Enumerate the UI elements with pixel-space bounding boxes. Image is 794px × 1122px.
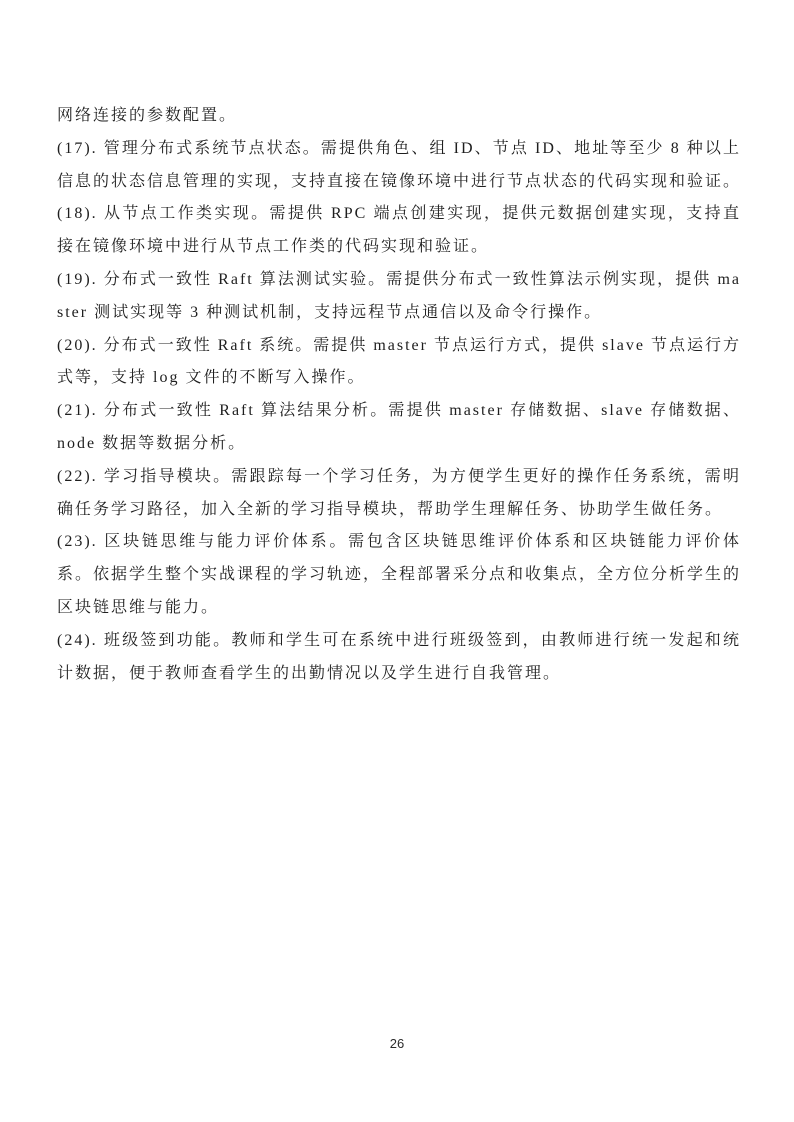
paragraph-item-20: (20). 分布式一致性 Raft 系统。需提供 master 节点运行方式，提… bbox=[57, 330, 741, 396]
page-footer: 26 bbox=[0, 1035, 794, 1053]
paragraph-item-21: (21). 分布式一致性 Raft 算法结果分析。需提供 master 存储数据… bbox=[57, 395, 741, 461]
paragraph-item-17: (17). 管理分布式系统节点状态。需提供角色、组 ID、节点 ID、地址等至少… bbox=[57, 133, 741, 199]
paragraph-item-23: (23). 区块链思维与能力评价体系。需包含区块链思维评价体系和区块链能力评价体… bbox=[57, 526, 741, 624]
page-number: 26 bbox=[390, 1036, 404, 1051]
paragraph-item-22: (22). 学习指导模块。需跟踪每一个学习任务，为方便学生更好的操作任务系统，需… bbox=[57, 461, 741, 527]
paragraph-continuation: 网络连接的参数配置。 bbox=[57, 100, 741, 133]
paragraph-item-18: (18). 从节点工作类实现。需提供 RPC 端点创建实现，提供元数据创建实现，… bbox=[57, 198, 741, 264]
document-body: 网络连接的参数配置。 (17). 管理分布式系统节点状态。需提供角色、组 ID、… bbox=[57, 100, 741, 690]
document-page: 网络连接的参数配置。 (17). 管理分布式系统节点状态。需提供角色、组 ID、… bbox=[0, 0, 794, 1122]
paragraph-item-19: (19). 分布式一致性 Raft 算法测试实验。需提供分布式一致性算法示例实现… bbox=[57, 264, 741, 330]
paragraph-item-24: (24). 班级签到功能。教师和学生可在系统中进行班级签到，由教师进行统一发起和… bbox=[57, 625, 741, 691]
